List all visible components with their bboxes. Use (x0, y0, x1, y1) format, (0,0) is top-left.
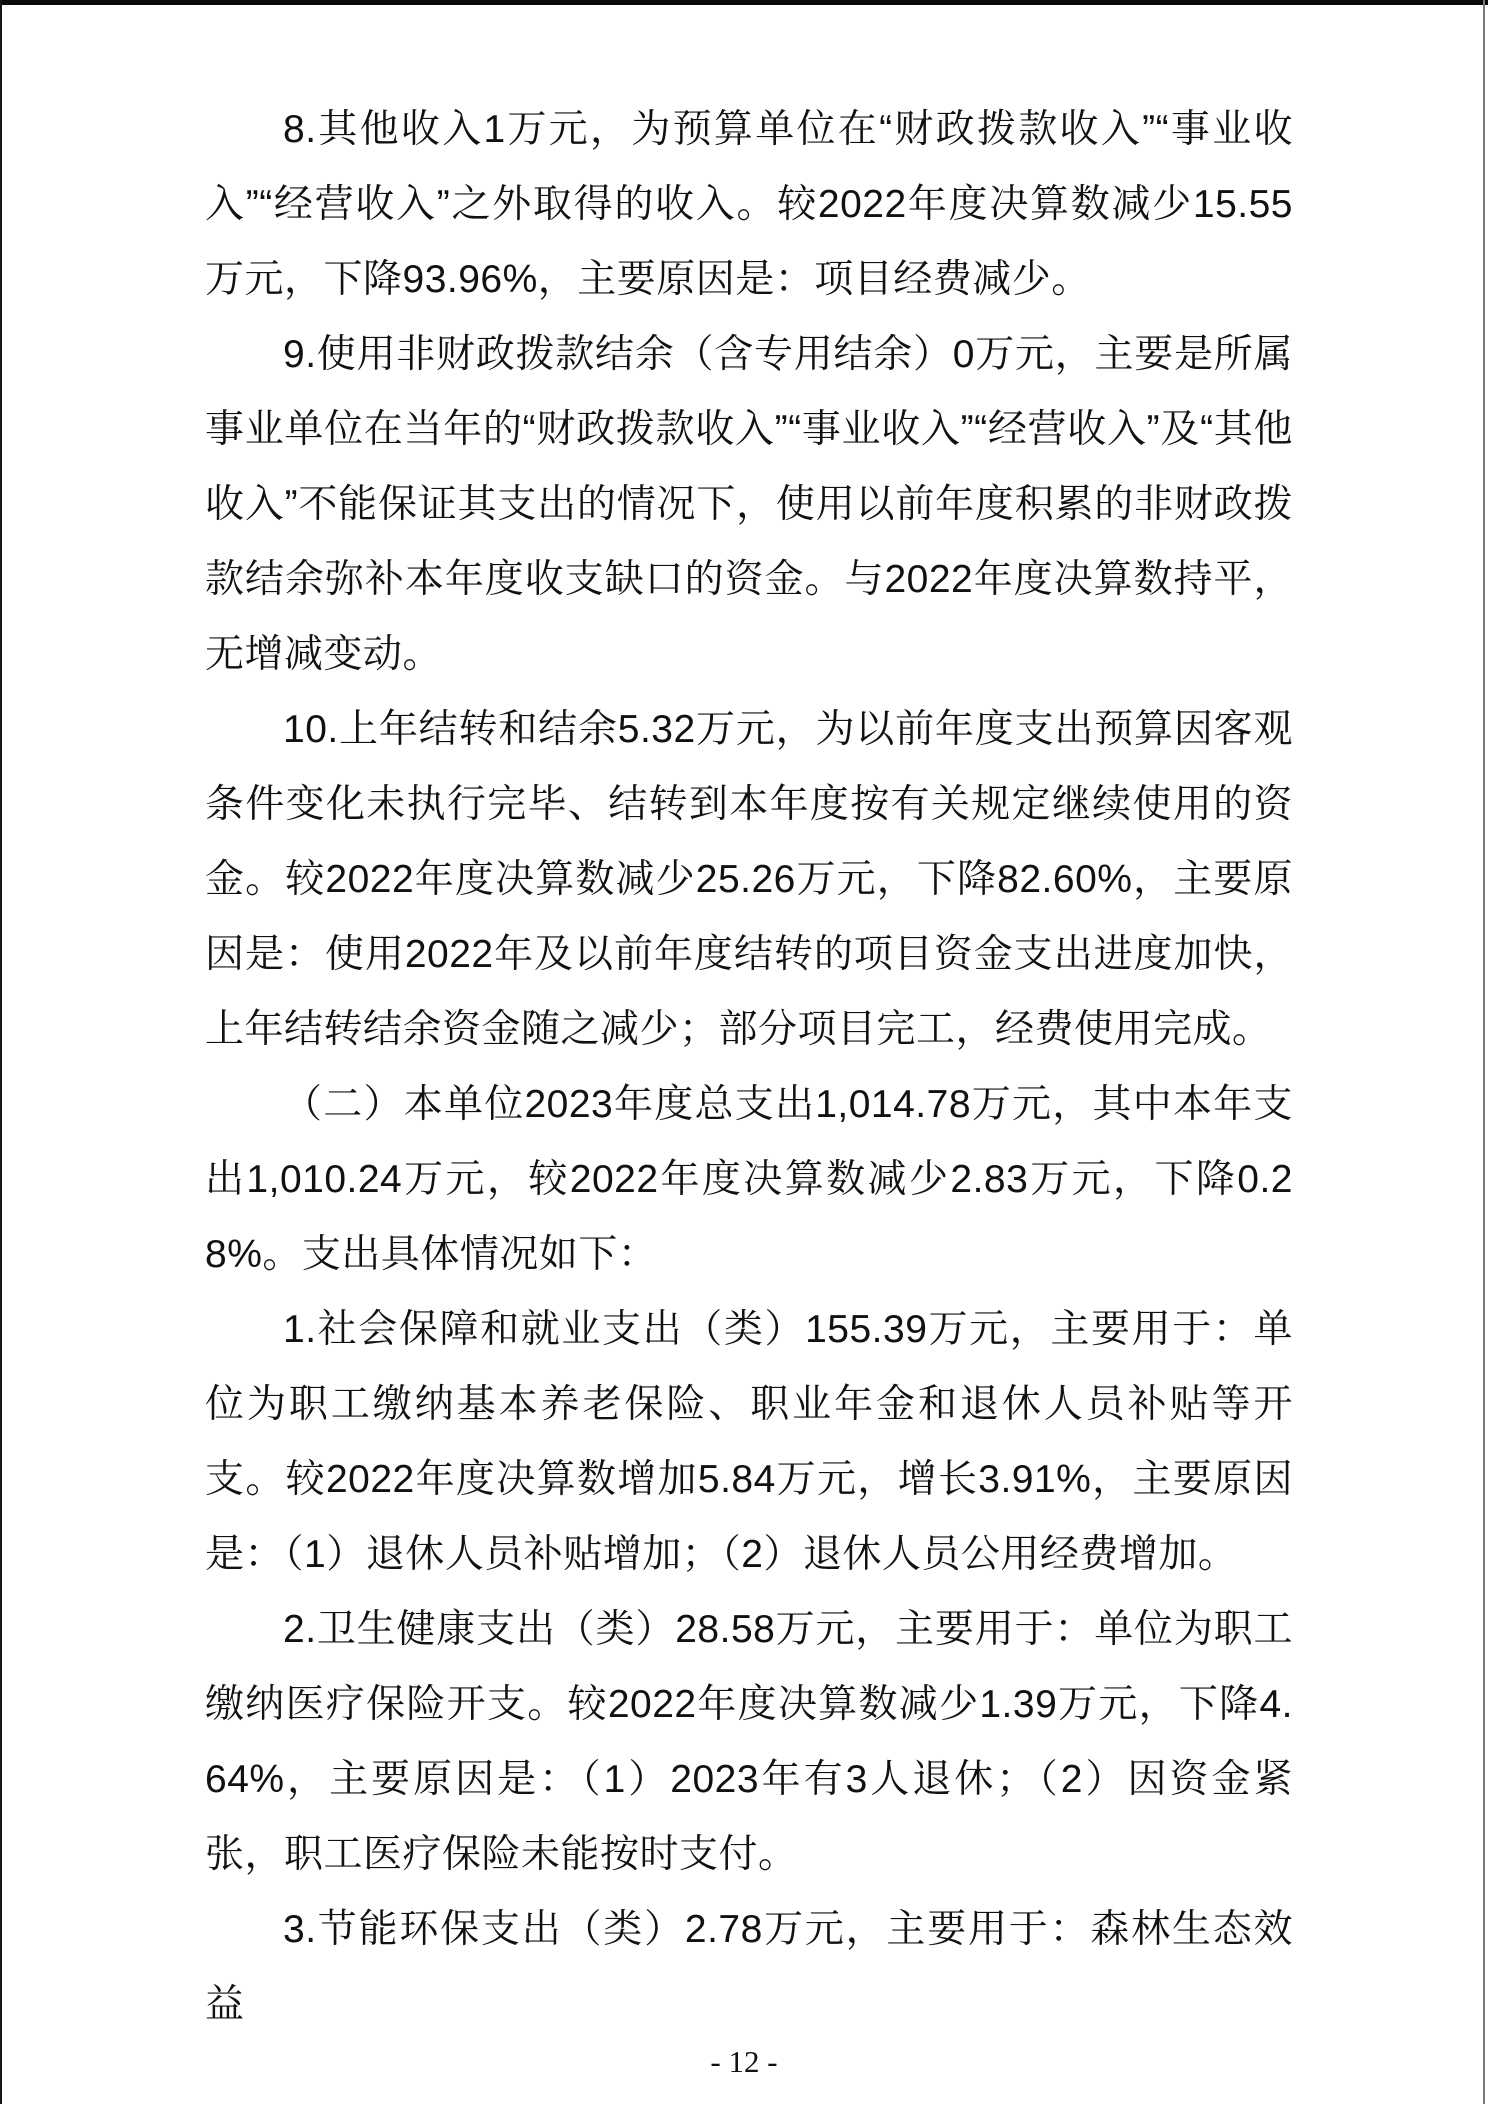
document-page: 8.其他收入1万元，为预算单位在“财政拨款收入”“事业收入”“经营收入”之外取得… (0, 0, 1488, 2104)
document-body: 8.其他收入1万元，为预算单位在“财政拨款收入”“事业收入”“经营收入”之外取得… (205, 92, 1293, 2042)
paragraph: 10.上年结转和结余5.32万元，为以前年度支出预算因客观条件变化未执行完毕、结… (205, 692, 1293, 1067)
paragraph: 9.使用非财政拨款结余（含专用结余）0万元，主要是所属事业单位在当年的“财政拨款… (205, 317, 1293, 692)
paragraph: 8.其他收入1万元，为预算单位在“财政拨款收入”“事业收入”“经营收入”之外取得… (205, 92, 1293, 317)
scan-left-edge-artifact (0, 0, 2, 2104)
paragraph: 1.社会保障和就业支出（类）155.39万元，主要用于：单位为职工缴纳基本养老保… (205, 1292, 1293, 1592)
paragraph: 3.节能环保支出（类）2.78万元，主要用于：森林生态效益 (205, 1892, 1293, 2042)
paragraph: （二）本单位2023年度总支出1,014.78万元，其中本年支出1,010.24… (205, 1067, 1293, 1292)
scan-top-edge-artifact (0, 0, 1488, 5)
paragraph: 2.卫生健康支出（类）28.58万元，主要用于：单位为职工缴纳医疗保险开支。较2… (205, 1592, 1293, 1892)
scan-right-edge-artifact (1483, 0, 1485, 2104)
page-number: - 12 - (0, 2044, 1488, 2080)
